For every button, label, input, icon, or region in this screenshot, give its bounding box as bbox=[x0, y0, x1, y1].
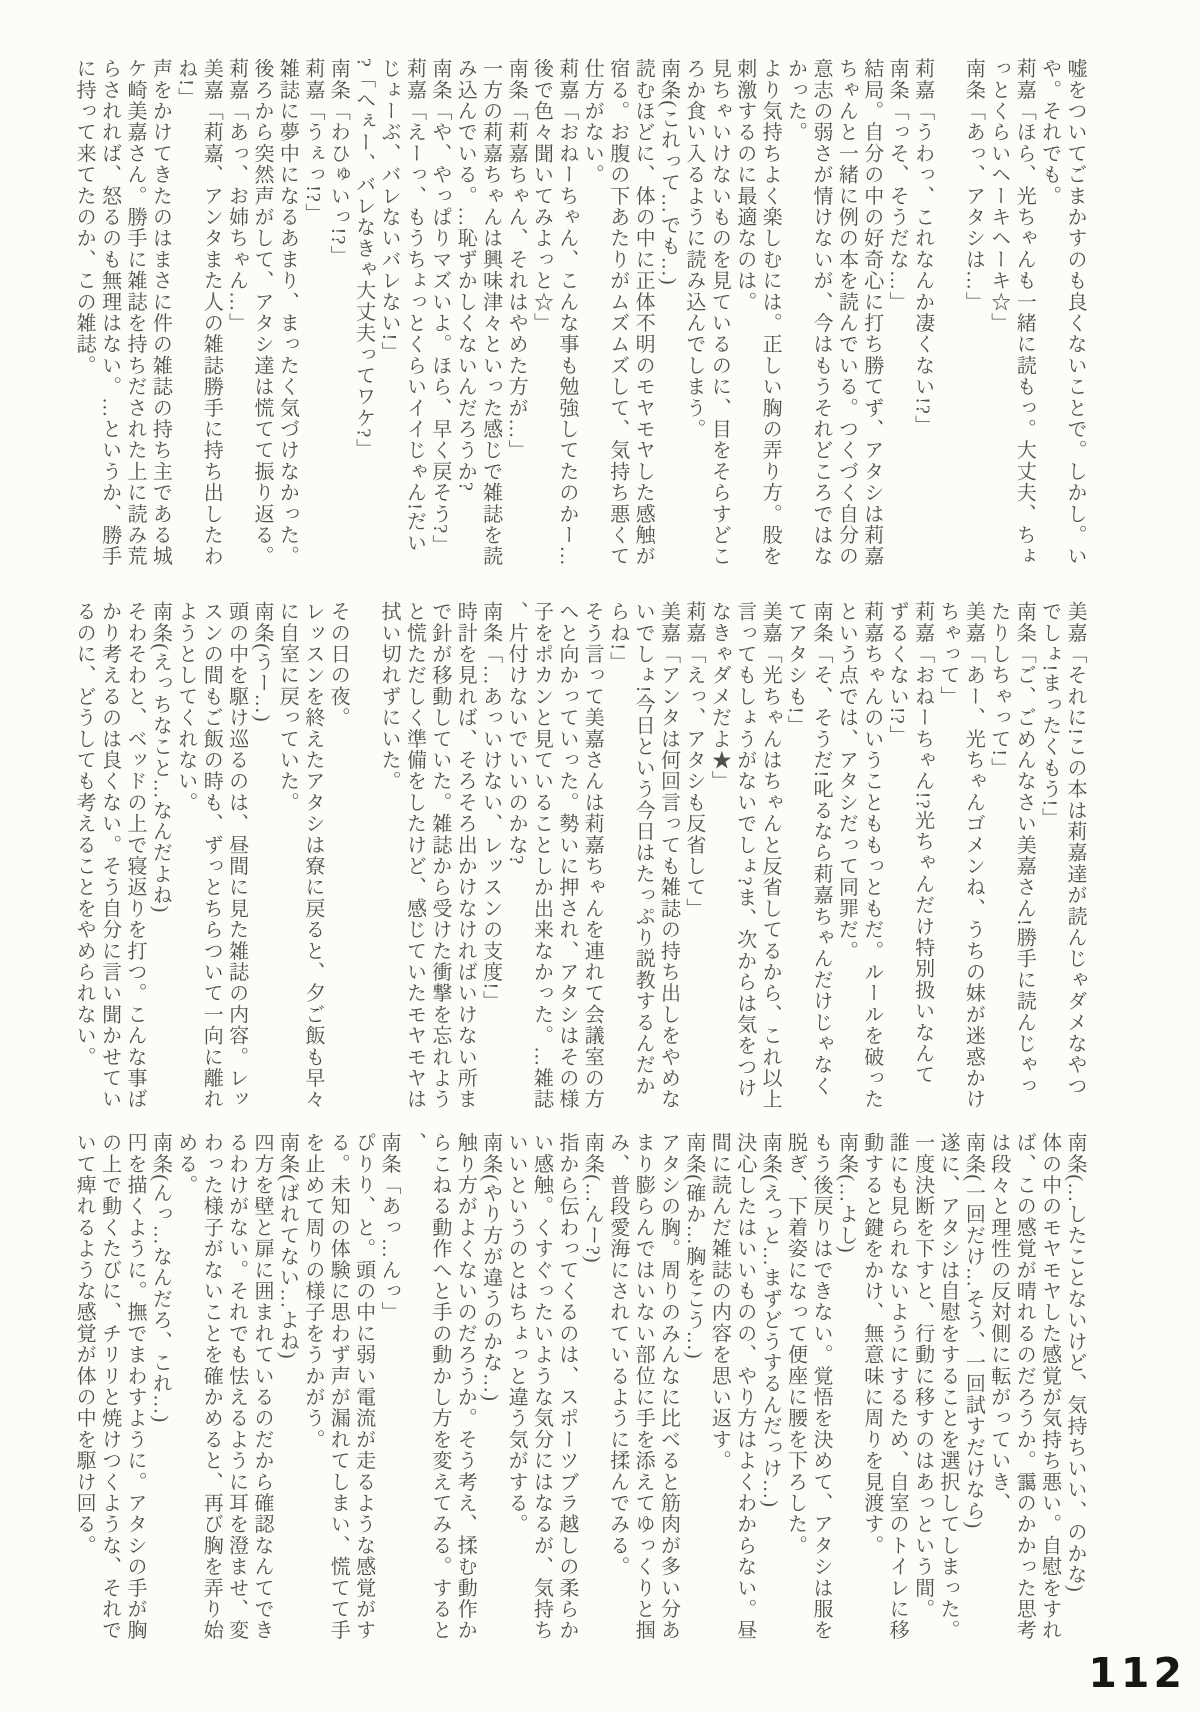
text-column: るわけがない。それでも怯えるように耳を澄ませ、変 bbox=[223, 1132, 248, 1650]
text-column: 子をポカンと見ていることしか出来なかった。…雑誌 bbox=[528, 601, 553, 1119]
text-column: らされれば、怒るのも無理はない。…というか、勝手 bbox=[96, 58, 121, 576]
text-band-bottom: 南条(…したことないけど、気持ちいい、のかな)体の中のモヤモヤした感覚が気持ち悪… bbox=[71, 1132, 1087, 1650]
text-column: そわそわと、ベッドの上で寝返りを打つ。こんな事ば bbox=[122, 601, 147, 1119]
text-column: ?「へぇー、バレなきゃ大丈夫ってワケ?」 bbox=[350, 58, 375, 576]
text-column: 南条「あっ…んっ」 bbox=[376, 1132, 401, 1650]
text-column: 南条(えっちなこと…なんだよね) bbox=[147, 601, 172, 1119]
text-column: 南条「ご、ごめんなさい美嘉さん!勝手に読んじゃっ bbox=[1011, 601, 1036, 1119]
text-column: かり考えるのは良くない。そう自分に言い聞かせてい bbox=[96, 601, 121, 1119]
text-column: 、片付けないでいいのかな? bbox=[503, 601, 528, 1119]
text-column: らこねる動作へと手の動かし方を変えてみる。すると bbox=[426, 1132, 451, 1650]
text-column: 刺激するのに最適なのは。 bbox=[731, 58, 756, 576]
text-column: でしょ!まったくもう!」 bbox=[1036, 601, 1061, 1119]
text-column: たりしちゃって!」 bbox=[985, 601, 1010, 1119]
text-column: 指から伝わってくるのは、スポーツブラ越しの柔らか bbox=[553, 1132, 578, 1650]
text-column: 南条(うー…) bbox=[249, 601, 274, 1119]
text-column: レッスンを終えたアタシは寮に戻ると、夕ご飯も早々 bbox=[299, 601, 324, 1119]
text-column: 南条(やり方が違うのかな…) bbox=[477, 1132, 502, 1650]
text-column: 南条(えっと…まずどうするんだっけ…) bbox=[757, 1132, 782, 1650]
text-column: 読むほどに、体の中に正体不明のモヤモヤした感触が bbox=[630, 58, 655, 576]
text-column: いいというのとはちょっと違う気がする。 bbox=[503, 1132, 528, 1650]
text-column: わった様子がないことを確かめると、再び胸を弄り始 bbox=[198, 1132, 223, 1650]
text-column: 嘘をついてごまかすのも良くないことで。しかし。い bbox=[1062, 58, 1087, 576]
text-column: 円を描くように。撫でまわすように。アタシの手が胸 bbox=[122, 1132, 147, 1650]
text-column: ちゃんと一緒に例の本を読んでいる。つくづく自分の bbox=[833, 58, 858, 576]
text-column: や。それでも。 bbox=[1036, 58, 1061, 576]
column-gap bbox=[935, 58, 960, 576]
text-column: 美嘉「莉嘉、アンタまた人の雑誌勝手に持ち出したわ bbox=[198, 58, 223, 576]
text-column: まり膨らんではいない部位に手を添えてゆっくりと掴 bbox=[630, 1132, 655, 1650]
text-column: み込んでいる。…恥ずかしくないんだろうか? bbox=[452, 58, 477, 576]
text-column: ば、この感覚が晴れるのだろうか。靄のかかった思考 bbox=[1011, 1132, 1036, 1650]
text-column: る。未知の体験に思わず声が漏れてしまい、慌てて手 bbox=[325, 1132, 350, 1650]
text-column: ぴりり、と。頭の中に弱い電流が走るような感覚がす bbox=[350, 1132, 375, 1650]
text-column: 拭い切れずにいた。 bbox=[376, 601, 401, 1119]
text-column: 美嘉「あー、光ちゃんゴメンね、うちの妹が迷惑かけ bbox=[960, 601, 985, 1119]
text-column: 莉嘉「おねーちゃん、こんな事も勉強してたのかー… bbox=[553, 58, 578, 576]
text-column: 一方の莉嘉ちゃんは興味津々といった感じで雑誌を読 bbox=[477, 58, 502, 576]
text-column: 雑誌に夢中になるあまり、まったく気づけなかった。 bbox=[274, 58, 299, 576]
text-column: い感触。くすぐったいような気分にはなるが、気持ち bbox=[528, 1132, 553, 1650]
text-band-top: 嘘をついてごまかすのも良くないことで。しかし。いや。それでも。莉嘉「ほら、光ちゃ… bbox=[71, 58, 1087, 576]
text-column: いて痺れるような感覚が体の中を駆け回る。 bbox=[71, 1132, 96, 1650]
text-column: 南条「そ、そうだ!叱るなら莉嘉ちゃんだけじゃなく bbox=[808, 601, 833, 1119]
text-column: 声をかけてきたのはまさに件の雑誌の持ち主である城 bbox=[147, 58, 172, 576]
text-column: 体の中のモヤモヤした感覚が気持ち悪い。自慰をすれ bbox=[1036, 1132, 1061, 1650]
text-column: るのに、どうしても考えることをやめられない。 bbox=[71, 601, 96, 1119]
text-column: 四方を壁と扉に囲まれているのだから確認なんてでき bbox=[249, 1132, 274, 1650]
text-column: 美嘉「アンタは何回言っても雑誌の持ち出しをやめな bbox=[655, 601, 680, 1119]
text-column: 南条(一回だけ…そう、一回試すだけなら) bbox=[960, 1132, 985, 1650]
text-column: み、普段愛海にされているように揉んでみる。 bbox=[604, 1132, 629, 1650]
text-column: 後で色々聞いてみよっと☆」 bbox=[528, 58, 553, 576]
text-column: 宿る。お腹の下あたりがムズムズして、気持ち悪くて bbox=[604, 58, 629, 576]
text-column: 南条「あっ、アタシは…」 bbox=[960, 58, 985, 576]
text-band-middle: 美嘉「それに!この本は莉嘉達が読んじゃダメなやつでしょ!まったくもう!」南条「ご… bbox=[71, 601, 1087, 1119]
text-column: そう言って美嘉さんは莉嘉ちゃんを連れて会議室の方 bbox=[579, 601, 604, 1119]
text-column: 決心したはいいものの、やり方はよくわからない。昼 bbox=[731, 1132, 756, 1650]
text-column: 触り方がよくないのだろうか。そう考え、揉む動作か bbox=[452, 1132, 477, 1650]
page: 嘘をついてごまかすのも良くないことで。しかし。いや。それでも。莉嘉「ほら、光ちゃ… bbox=[0, 0, 1200, 1712]
text-column: より気持ちよく楽しむには。正しい胸の弄り方。股を bbox=[757, 58, 782, 576]
text-column: 南条(…んー?) bbox=[579, 1132, 604, 1650]
text-column: てアタシも!」 bbox=[782, 601, 807, 1119]
text-column: 見ちゃいけないものを見ているのに、目をそらすどこ bbox=[706, 58, 731, 576]
text-column: ちゃって」 bbox=[935, 601, 960, 1119]
text-column: に持って来てたのか、この雑誌。 bbox=[71, 58, 96, 576]
text-column: に自室に戻っていた。 bbox=[274, 601, 299, 1119]
text-column: 莉嘉「おねーちゃん!?光ちゃんだけ特別扱いなんて bbox=[909, 601, 934, 1119]
text-column: 、 bbox=[401, 1132, 426, 1650]
text-column: 莉嘉ちゃんのいうことももっともだ。ルールを破った bbox=[858, 601, 883, 1119]
text-column: 南条(…よし) bbox=[833, 1132, 858, 1650]
text-column: める。 bbox=[172, 1132, 197, 1650]
text-column: 南条(ばれてない…よね) bbox=[274, 1132, 299, 1650]
text-column: ろか食い入るように読み込んでしまう。 bbox=[681, 58, 706, 576]
text-column: 間に読んだ雑誌の内容を思い返す。 bbox=[706, 1132, 731, 1650]
text-column: 南条(んっ…なんだろ、これ…) bbox=[147, 1132, 172, 1650]
text-column: という点では、アタシだって同罪だ。 bbox=[833, 601, 858, 1119]
text-column: 意志の弱さが情けないが、今はもうそれどころではな bbox=[808, 58, 833, 576]
text-column: 南条「っそ、そうだな…」 bbox=[884, 58, 909, 576]
text-column: 莉嘉「えーっ、もうちょっとくらいイイじゃん!だい bbox=[401, 58, 426, 576]
text-column: その日の夜。 bbox=[325, 601, 350, 1119]
text-column: 結局。自分の中の好奇心に打ち勝てず、アタシは莉嘉 bbox=[858, 58, 883, 576]
text-column: 後ろから突然声がして、アタシ達は慌てて振り返る。 bbox=[249, 58, 274, 576]
text-column: 莉嘉「あっ、お姉ちゃん…」 bbox=[223, 58, 248, 576]
text-column: じょーぶ、バレないバレない!」 bbox=[376, 58, 401, 576]
text-column: 美嘉「光ちゃんはちゃんと反省してるから、これ以上 bbox=[757, 601, 782, 1119]
text-column: アタシの胸。周りのみんなに比べると筋肉が多い分あ bbox=[655, 1132, 680, 1650]
text-column: 南条(これって…でも…) bbox=[655, 58, 680, 576]
text-column: 遂に、アタシは自慰をすることを選択してしまった。 bbox=[935, 1132, 960, 1650]
text-column: ずるくない!?」 bbox=[884, 601, 909, 1119]
text-column: 莉嘉「ほら、光ちゃんも一緒に読もっ。大丈夫、ちょ bbox=[1011, 58, 1036, 576]
text-column: もう後戻りはできない。覚悟を決めて、アタシは服を bbox=[808, 1132, 833, 1650]
text-column: 仕方がない。 bbox=[579, 58, 604, 576]
text-column: 南条「や、やっぱりマズいよ。ほら、早く戻そう?」 bbox=[426, 58, 451, 576]
text-column: 莉嘉「えっ、アタシも反省して」 bbox=[681, 601, 706, 1119]
text-column: なきゃダメだよ★」 bbox=[706, 601, 731, 1119]
text-column: っとくらいヘーキヘーキ☆」 bbox=[985, 58, 1010, 576]
text-column: スンの間もご飯の時も、ずっとちらついて一向に離れ bbox=[198, 601, 223, 1119]
text-column: は段々と理性の反対側に転がっていき、 bbox=[985, 1132, 1010, 1650]
text-column: の上で動くたびに、チリリと焼けつくような、それで bbox=[96, 1132, 121, 1650]
text-column: で針が移動していた。雑誌から受けた衝撃を忘れよう bbox=[426, 601, 451, 1119]
text-column: 動すると鍵をかけ、無意味に周りを見渡す。 bbox=[858, 1132, 883, 1650]
text-column: 時計を見れば、そろそろ出かけなければいけない所ま bbox=[452, 601, 477, 1119]
text-column: ケ崎美嘉さん。勝手に雑誌を持ちだされた上に読み荒 bbox=[122, 58, 147, 576]
page-number: 112 bbox=[1088, 1653, 1186, 1694]
text-column: と慌ただしく準備をしたけど、感じていたモヤモヤは bbox=[401, 601, 426, 1119]
text-column: 言ってもしょうがないでしょ?ま、次からは気をつけ bbox=[731, 601, 756, 1119]
text-column: 莉嘉「うわっ、これなんか凄くない!?」 bbox=[909, 58, 934, 576]
text-column: へと向かっていった。勢いに押され、アタシはその様 bbox=[553, 601, 578, 1119]
text-column: らね!」 bbox=[604, 601, 629, 1119]
text-column: 南条「わひゅいっ!?」 bbox=[325, 58, 350, 576]
text-column: 南条「莉嘉ちゃん、それはやめた方が…」 bbox=[503, 58, 528, 576]
text-column: 南条(確か…胸をこう…) bbox=[681, 1132, 706, 1650]
text-column: 莉嘉「うぇっ!?」 bbox=[299, 58, 324, 576]
text-column: 美嘉「それに!この本は莉嘉達が読んじゃダメなやつ bbox=[1062, 601, 1087, 1119]
text-column: 頭の中を駆け巡るのは、昼間に見た雑誌の内容。レッ bbox=[223, 601, 248, 1119]
text-column: ね!」 bbox=[172, 58, 197, 576]
text-column: いでしょ!今日という今日はたっぷり説教するんだか bbox=[630, 601, 655, 1119]
text-column: 一度決断を下すと、行動に移すのはあっという間。 bbox=[909, 1132, 934, 1650]
text-column: 脱ぎ、下着姿になって便座に腰を下ろした。 bbox=[782, 1132, 807, 1650]
text-column: 誰にも見られないようにするため、自室のトイレに移 bbox=[884, 1132, 909, 1650]
text-column: 南条(…したことないけど、気持ちいい、のかな) bbox=[1062, 1132, 1087, 1650]
text-column: ようとしてくれない。 bbox=[172, 601, 197, 1119]
text-column: を止めて周りの様子をうかがう。 bbox=[299, 1132, 324, 1650]
column-gap bbox=[350, 601, 375, 1119]
text-column: 南条「…あっいけない、レッスンの支度!」 bbox=[477, 601, 502, 1119]
text-column: かった。 bbox=[782, 58, 807, 576]
